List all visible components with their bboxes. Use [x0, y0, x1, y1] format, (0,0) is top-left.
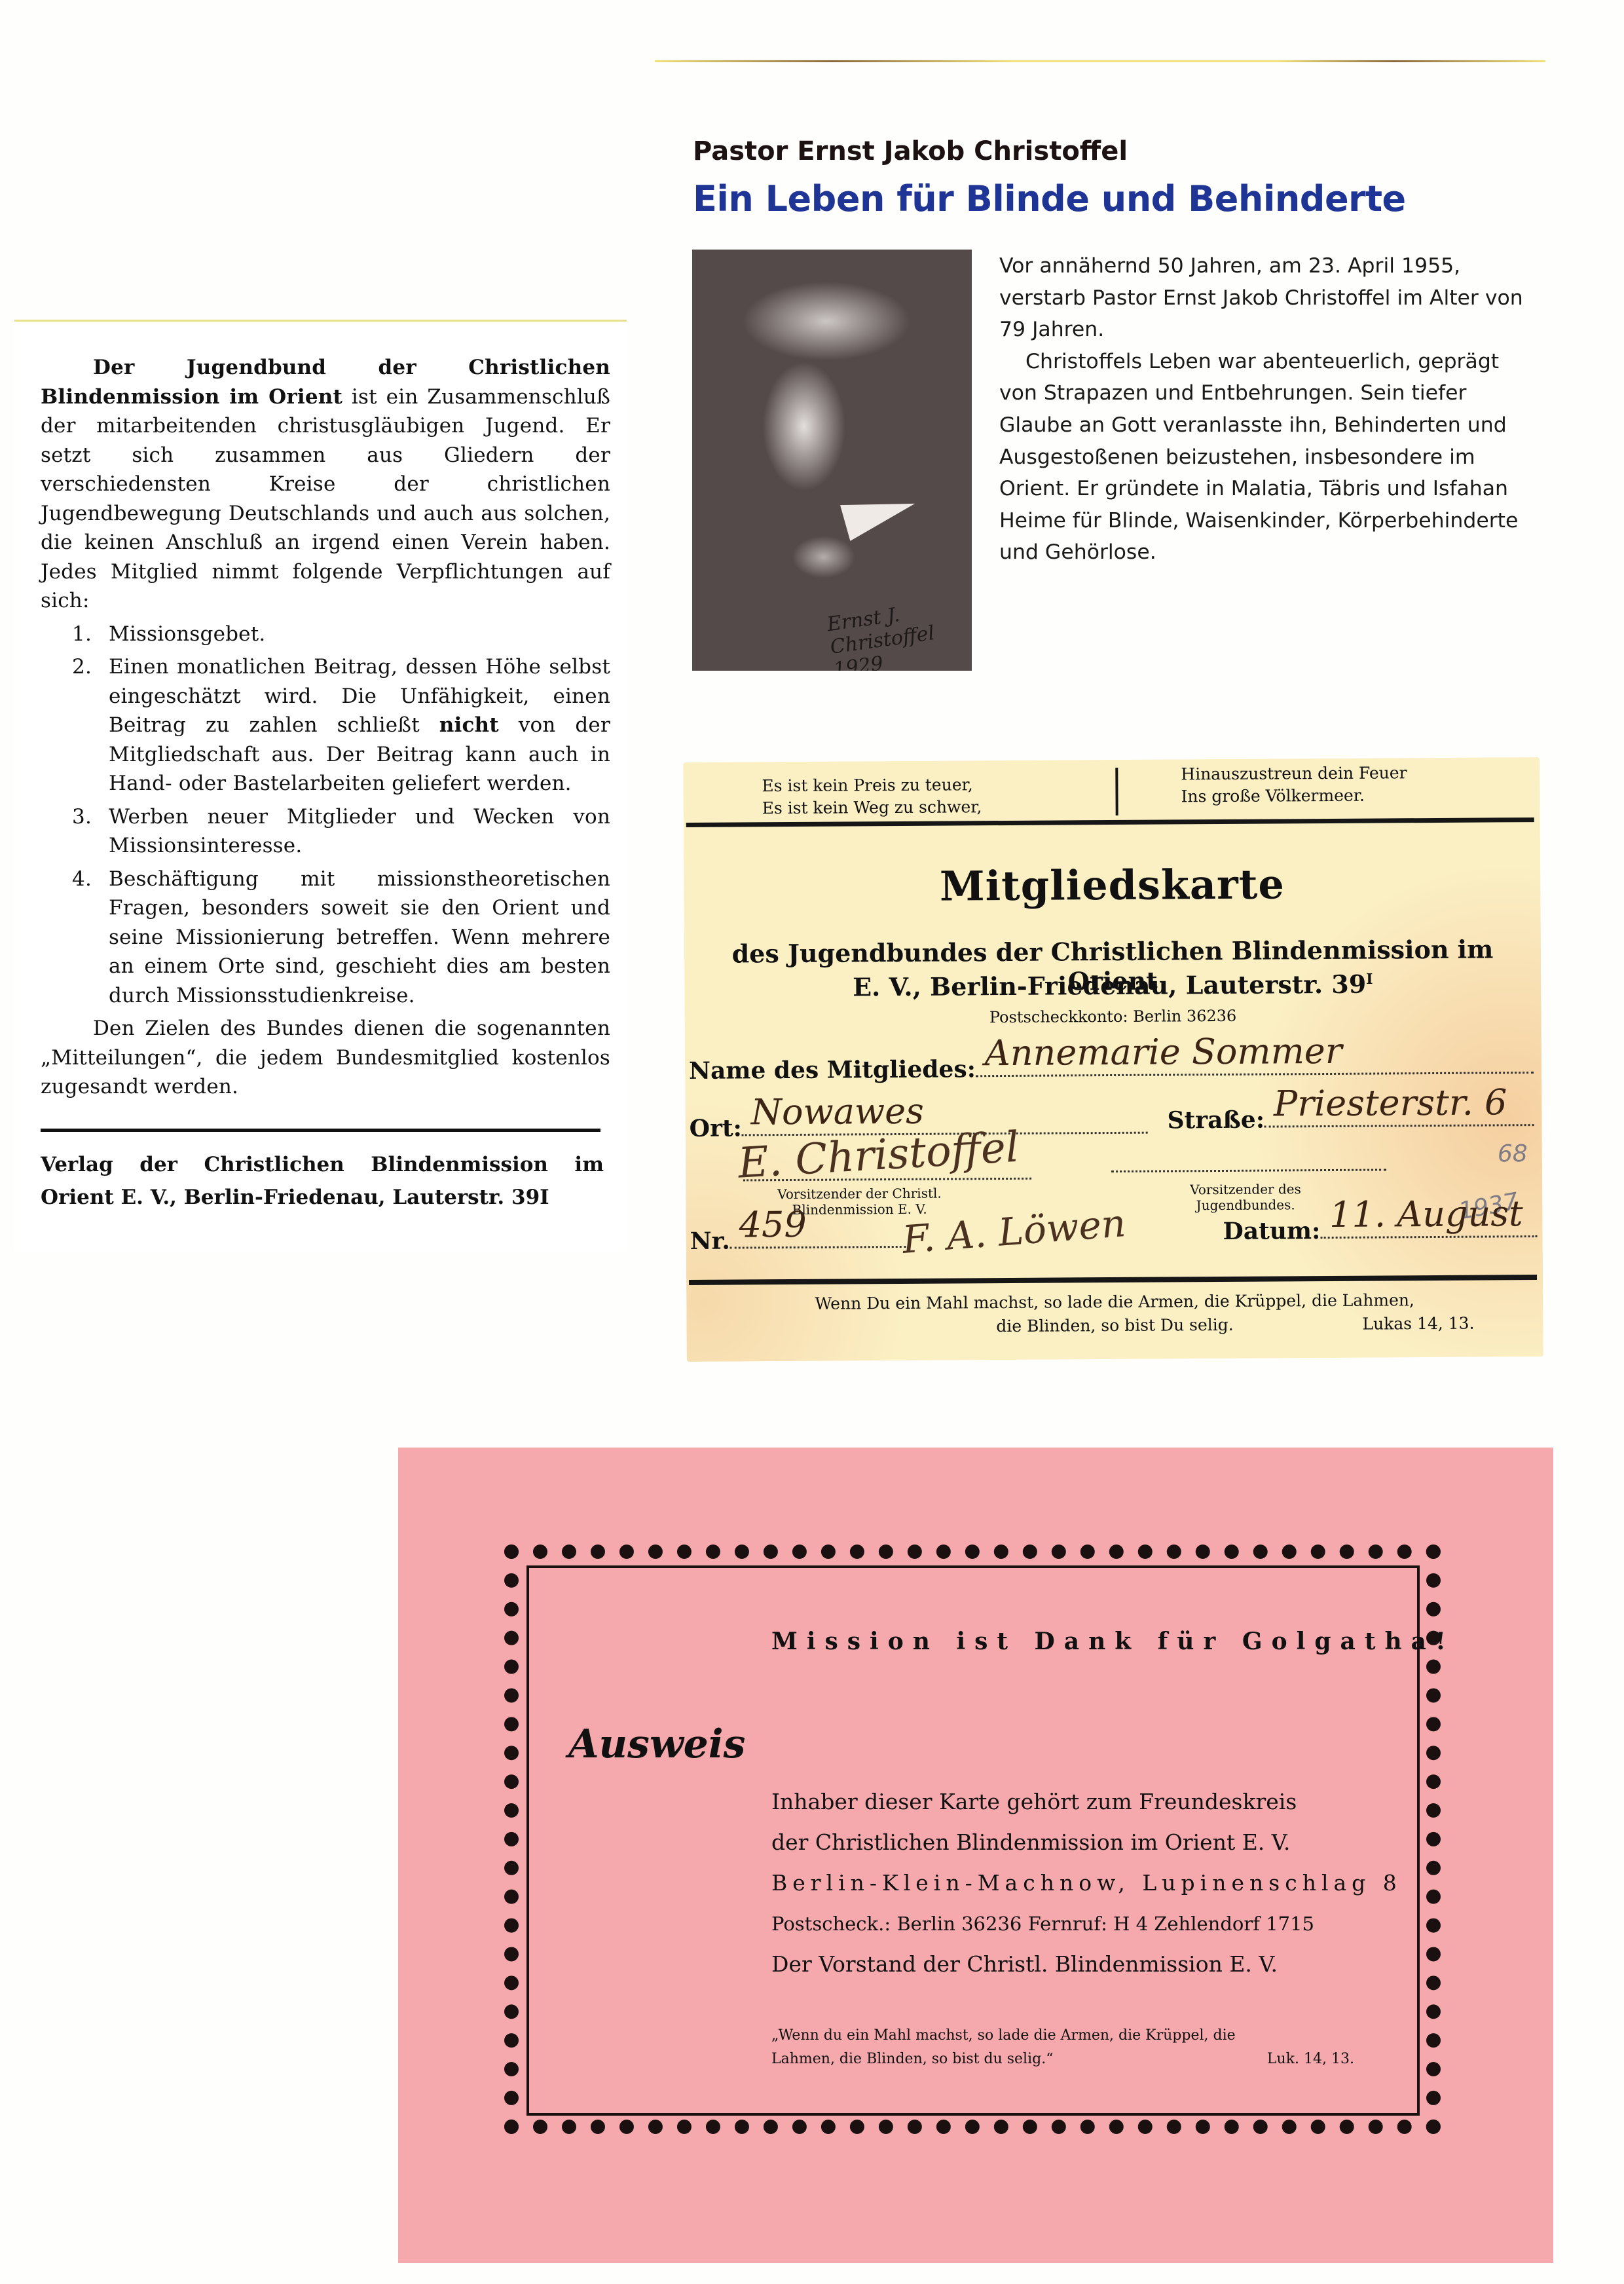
- strasse-field: Straße: Priesterstr. 6: [1167, 1098, 1534, 1134]
- nr-value: 459: [739, 1204, 806, 1246]
- member-name-value: Annemarie Sommer: [985, 1030, 1342, 1074]
- portrait-collar: [832, 472, 915, 541]
- article-title: Ein Leben für Blinde und Behinderte: [693, 178, 1406, 219]
- ausweis-quote: „Wenn du ein Mahl machst, so lade die Ar…: [771, 2024, 1354, 2071]
- strasse-value: Priesterstr. 6: [1274, 1081, 1507, 1124]
- leaflet-body: Der Jugendbund der Christlichen Blindenm…: [41, 353, 610, 1102]
- portrait-photo: Ernst J. Christoffel 1929: [692, 250, 972, 671]
- signature-line-right: [1111, 1167, 1386, 1172]
- pencil-note-68: 68: [1498, 1140, 1528, 1167]
- leaflet-divider: [41, 1129, 600, 1132]
- obligation-item: 4.Beschäftigung mit missionstheoretische…: [41, 865, 610, 1011]
- nr-field: Nr. 459: [690, 1220, 906, 1255]
- ausweis-heading: Ausweis: [568, 1721, 745, 1767]
- portrait-signature: Ernst J. Christoffel 1929: [826, 593, 972, 671]
- ort-value: Nowawes: [751, 1091, 924, 1133]
- leaflet-intro: Der Jugendbund der Christlichen Blindenm…: [41, 353, 610, 616]
- card-postscheck: Postscheckkonto: Berlin 36236: [685, 1005, 1541, 1028]
- card-title: Mitgliedskarte: [684, 859, 1540, 912]
- ausweis-quote-reference: Luk. 14, 13.: [1267, 2048, 1354, 2071]
- article-kicker: Pastor Ernst Jakob Christoffel: [693, 136, 1128, 166]
- obligations-list: 1.Missionsgebet. 2.Einen monatlichen Bei…: [41, 620, 610, 1011]
- obligation-item: 2.Einen monatlichen Beitrag, dessen Höhe…: [41, 652, 610, 798]
- card-org-address: E. V., Berlin-Friedenau, Lauterstr. 39I: [684, 968, 1541, 1003]
- verse-left: Es ist kein Preis zu teuer, Es ist kein …: [762, 774, 982, 819]
- membership-card: Es ist kein Preis zu teuer, Es ist kein …: [683, 757, 1543, 1362]
- card-motto-reference: Lukas 14, 13.: [1362, 1312, 1474, 1336]
- article-paragraph: Christoffels Leben war abenteuerlich, ge…: [999, 346, 1536, 569]
- member-name-field: Name des Mitgliedes: Annemarie Sommer: [689, 1045, 1534, 1085]
- leaflet-intro-text: ist ein Zusammenschluß der mitarbeitende…: [41, 385, 610, 613]
- card-motto: Wenn Du ein Mahl machst, so lade die Arm…: [686, 1288, 1543, 1340]
- article-paragraph: Vor annähernd 50 Jahren, am 23. April 19…: [999, 250, 1536, 346]
- card-bottom-rule: [689, 1275, 1537, 1285]
- article-top-rule: [655, 60, 1545, 62]
- leaflet-closing: Den Zielen des Bundes dienen die sogenan…: [41, 1014, 610, 1102]
- verse-divider: [1115, 768, 1118, 815]
- caption-right: Vorsitzender des Jugendbundes.: [1190, 1181, 1301, 1213]
- article-body: Vor annähernd 50 Jahren, am 23. April 19…: [999, 250, 1536, 569]
- obligation-item: 3.Werben neuer Mitglieder und Wecken von…: [41, 802, 610, 861]
- verse-right: Hinauszustreun dein Feuer Ins große Völk…: [1181, 762, 1407, 808]
- ausweis-slogan: Mission ist Dank für Golgatha!: [771, 1628, 1455, 1655]
- ausweis-text: Inhaber dieser Karte gehört zum Freundes…: [771, 1782, 1443, 1985]
- datum-value: 11. August: [1329, 1193, 1523, 1235]
- datum-field: Datum: 11. August: [1223, 1209, 1537, 1245]
- leaflet-publisher: Verlag der Christlichen Blindenmission i…: [41, 1148, 604, 1214]
- jugendbund-leaflet: Der Jugendbund der Christlichen Blindenm…: [14, 320, 627, 1252]
- obligation-item: 1.Missionsgebet.: [41, 620, 610, 649]
- ausweis-card: Mission ist Dank für Golgatha! Ausweis I…: [398, 1448, 1553, 2263]
